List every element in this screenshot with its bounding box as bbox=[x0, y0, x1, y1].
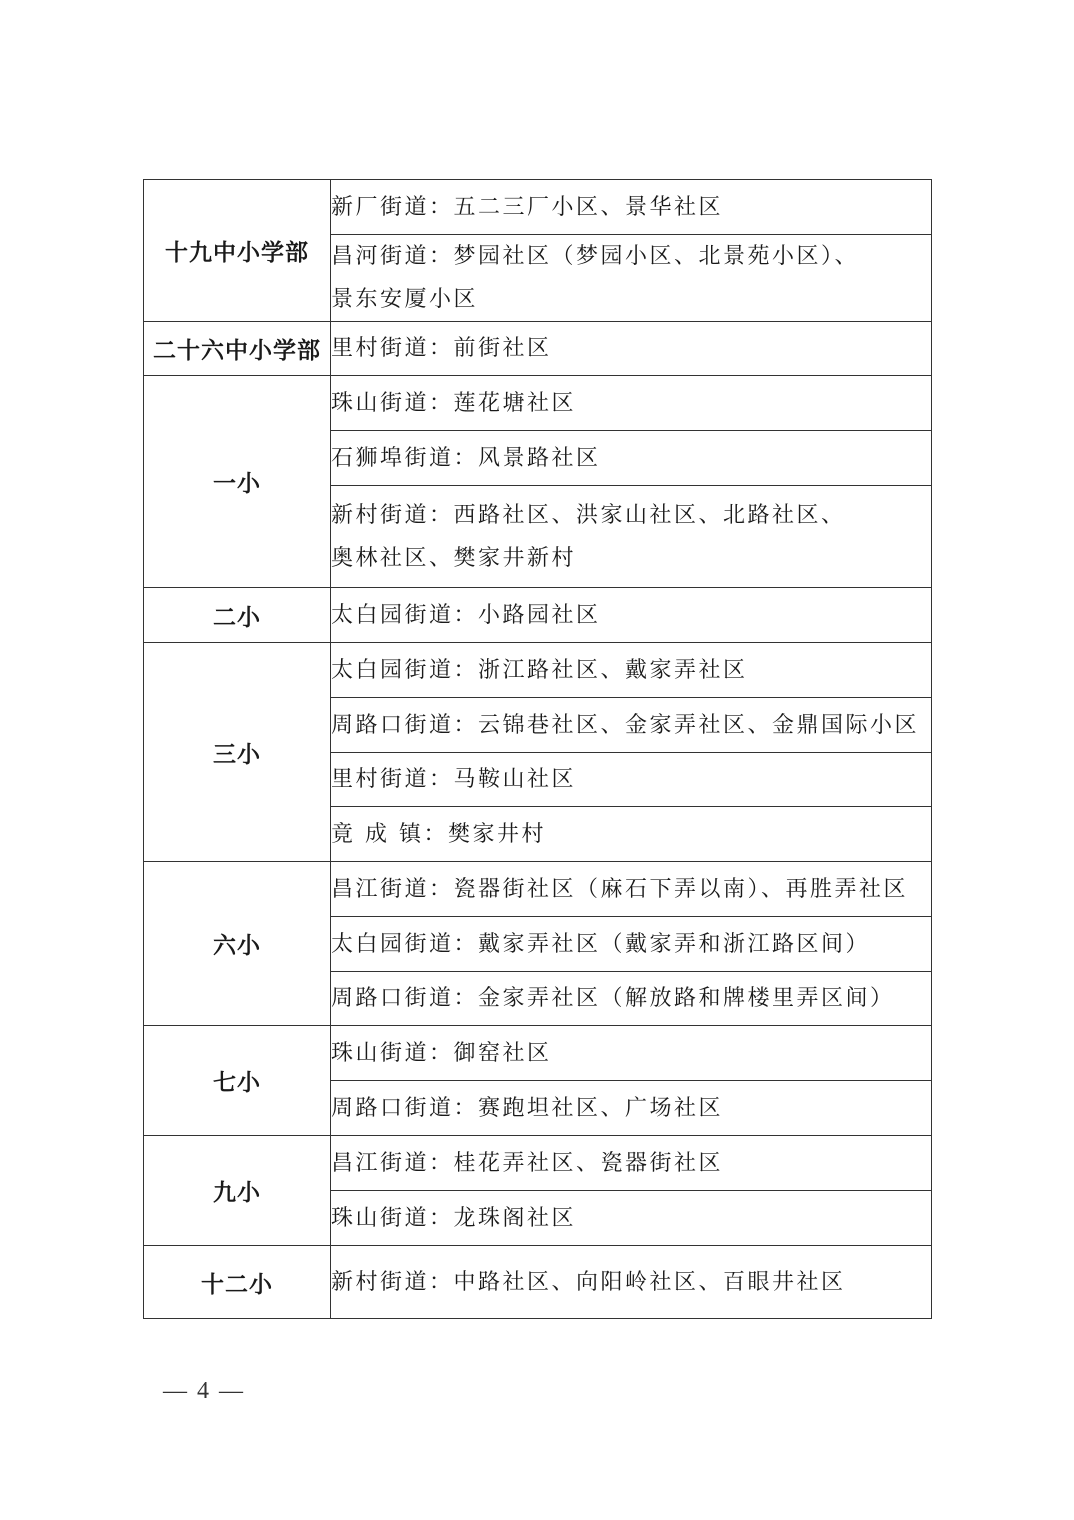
catchment-area-cell: 珠山街道：龙珠阁社区 bbox=[331, 1191, 932, 1246]
table-row: 九小昌江街道：桂花弄社区、瓷器街社区 bbox=[144, 1136, 932, 1191]
page-number: — 4 — bbox=[163, 1378, 245, 1405]
catchment-area-cell: 新厂街道：五二三厂小区、景华社区 bbox=[331, 180, 932, 235]
school-name-cell: 一小 bbox=[144, 376, 331, 588]
table-row: 七小珠山街道：御窑社区 bbox=[144, 1026, 932, 1081]
catchment-area-cell: 太白园街道：戴家弄社区（戴家弄和浙江路区间） bbox=[331, 917, 932, 972]
catchment-area-cell: 周路口街道：金家弄社区（解放路和牌楼里弄区间） bbox=[331, 972, 932, 1026]
catchment-area-cell: 珠山街道：莲花塘社区 bbox=[331, 376, 932, 431]
school-name-cell: 六小 bbox=[144, 862, 331, 1026]
catchment-area-cell: 昌江街道：桂花弄社区、瓷器街社区 bbox=[331, 1136, 932, 1191]
school-name-cell: 三小 bbox=[144, 643, 331, 862]
catchment-area-cell: 新村街道：西路社区、洪家山社区、北路社区、 奥林社区、樊家井新村 bbox=[331, 486, 932, 588]
table-row: 二十六中小学部里村街道：前街社区 bbox=[144, 322, 932, 376]
school-name-cell: 二十六中小学部 bbox=[144, 322, 331, 376]
catchment-area-cell: 昌江街道：瓷器街社区（麻石下弄以南）、再胜弄社区 bbox=[331, 862, 932, 917]
catchment-area-cell: 珠山街道：御窑社区 bbox=[331, 1026, 932, 1081]
table-row: 三小太白园街道：浙江路社区、戴家弄社区 bbox=[144, 643, 932, 698]
table-row: 一小珠山街道：莲花塘社区 bbox=[144, 376, 932, 431]
catchment-area-cell: 里村街道：马鞍山社区 bbox=[331, 753, 932, 807]
school-district-table: 十九中小学部新厂街道：五二三厂小区、景华社区昌河街道：梦园社区（梦园小区、北景苑… bbox=[143, 179, 932, 1319]
catchment-area-cell: 竟 成 镇：樊家井村 bbox=[331, 807, 932, 862]
catchment-area-cell: 周路口街道：赛跑坦社区、广场社区 bbox=[331, 1081, 932, 1136]
table-row: 六小昌江街道：瓷器街社区（麻石下弄以南）、再胜弄社区 bbox=[144, 862, 932, 917]
catchment-area-cell: 石狮埠街道：风景路社区 bbox=[331, 431, 932, 486]
school-name-cell: 七小 bbox=[144, 1026, 331, 1136]
catchment-area-cell: 太白园街道：小路园社区 bbox=[331, 588, 932, 643]
catchment-area-cell: 周路口街道：云锦巷社区、金家弄社区、金鼎国际小区 bbox=[331, 698, 932, 753]
school-name-cell: 十九中小学部 bbox=[144, 180, 331, 322]
school-name-cell: 二小 bbox=[144, 588, 331, 643]
catchment-area-cell: 昌河街道：梦园社区（梦园小区、北景苑小区）、 景东安厦小区 bbox=[331, 235, 932, 322]
catchment-area-cell: 新村街道：中路社区、向阳岭社区、百眼井社区 bbox=[331, 1246, 932, 1319]
document-page: 十九中小学部新厂街道：五二三厂小区、景华社区昌河街道：梦园社区（梦园小区、北景苑… bbox=[0, 0, 1074, 1520]
table-row: 二小太白园街道：小路园社区 bbox=[144, 588, 932, 643]
school-name-cell: 九小 bbox=[144, 1136, 331, 1246]
table-body: 十九中小学部新厂街道：五二三厂小区、景华社区昌河街道：梦园社区（梦园小区、北景苑… bbox=[144, 180, 932, 1319]
school-name-cell: 十二小 bbox=[144, 1246, 331, 1319]
catchment-area-cell: 太白园街道：浙江路社区、戴家弄社区 bbox=[331, 643, 932, 698]
catchment-area-cell: 里村街道：前街社区 bbox=[331, 322, 932, 376]
table-row: 十九中小学部新厂街道：五二三厂小区、景华社区 bbox=[144, 180, 932, 235]
table-row: 十二小新村街道：中路社区、向阳岭社区、百眼井社区 bbox=[144, 1246, 932, 1319]
